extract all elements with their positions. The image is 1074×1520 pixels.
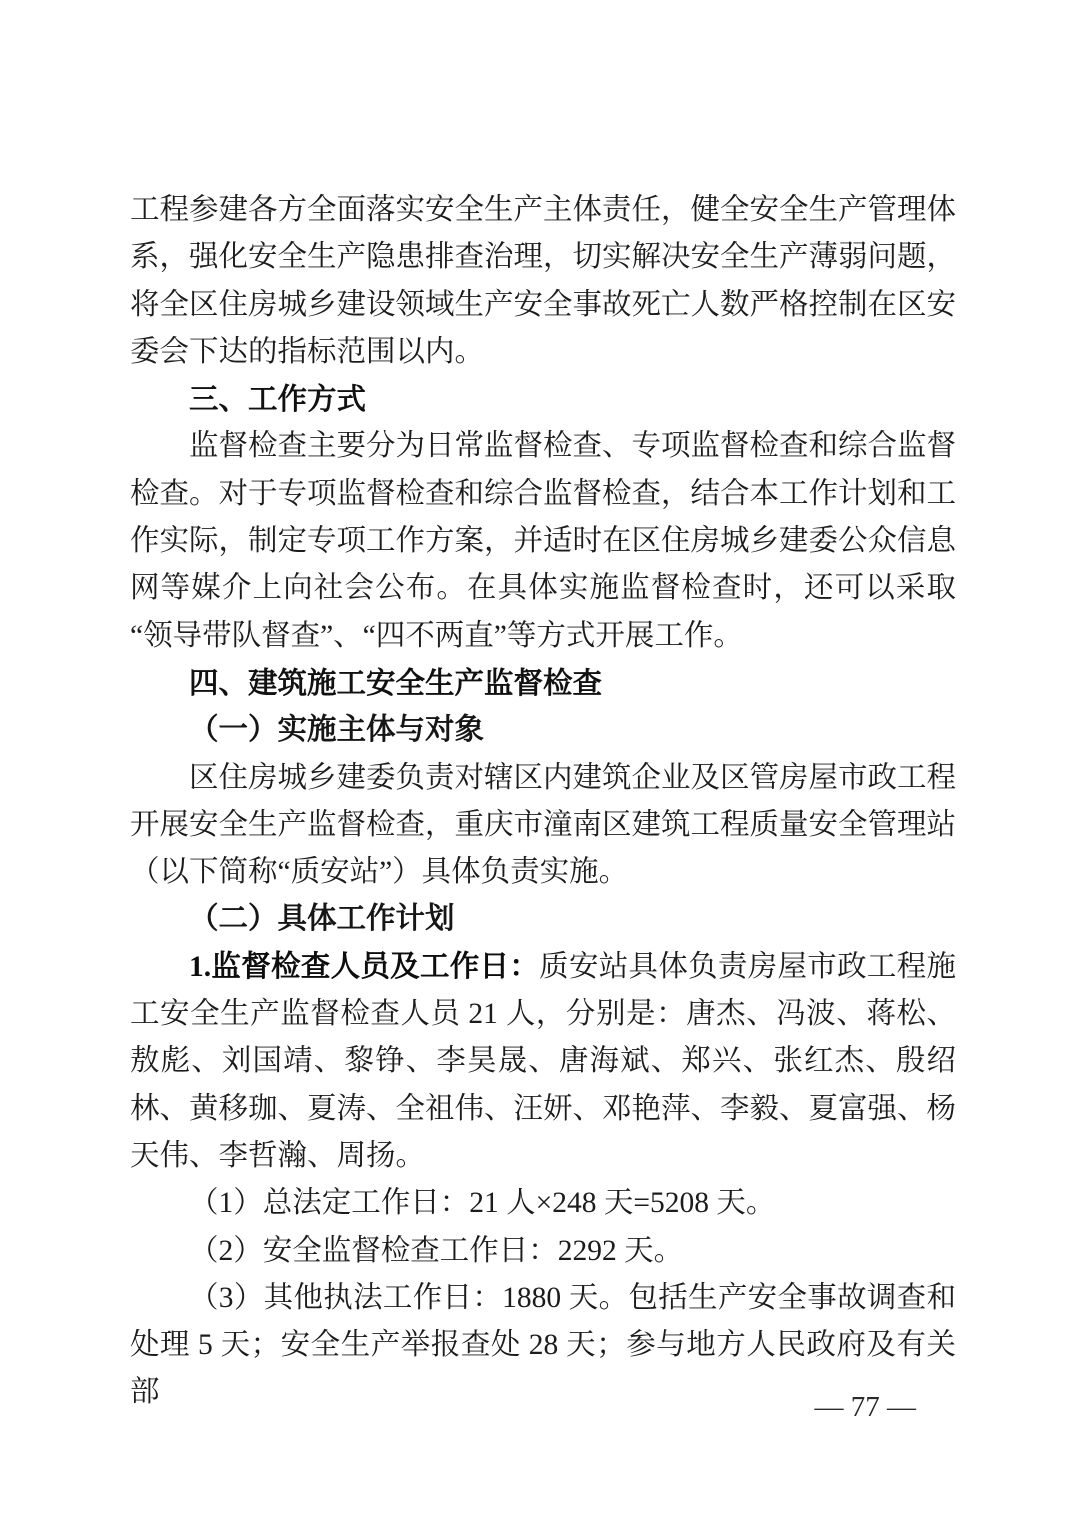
- paragraph-continuation: 工程参建各方全面落实安全生产主体责任，健全安全生产管理体系，强化安全生产隐患排查…: [130, 187, 956, 376]
- paragraph-inspection-workdays: （2）安全监督检查工作日：2292 天。: [130, 1228, 956, 1275]
- paragraph-implementation-subject: 区住房城乡建委负责对辖区内建筑企业及区管房屋市政工程开展安全生产监督检查，重庆市…: [130, 755, 956, 897]
- document-page: 工程参建各方全面落实安全生产主体责任，健全安全生产管理体系，强化安全生产隐患排查…: [0, 0, 1074, 1520]
- paragraph-work-method: 监督检查主要分为日常监督检查、专项监督检查和综合监督检查。对于专项监督检查和综合…: [130, 423, 956, 659]
- paragraph-total-workdays: （1）总法定工作日：21 人×248 天=5208 天。: [130, 1180, 956, 1227]
- section-heading-construction-supervision: 四、建筑施工安全生产监督检查: [130, 660, 956, 707]
- subsection-heading-implementation-subject: （一）实施主体与对象: [130, 707, 956, 754]
- section-heading-work-method: 三、工作方式: [130, 376, 956, 423]
- paragraph-personnel-workdays: 1.监督检查人员及工作日：质安站具体负责房屋市政工程施工安全生产监督检查人员 2…: [130, 944, 956, 1180]
- item-body-personnel-list: 质安站具体负责房屋市政工程施工安全生产监督检查人员 21 人，分别是：唐杰、冯波…: [130, 951, 956, 1172]
- page-content: 工程参建各方全面落实安全生产主体责任，健全安全生产管理体系，强化安全生产隐患排查…: [130, 187, 956, 1417]
- subsection-heading-work-plan: （二）具体工作计划: [130, 896, 956, 943]
- page-number: — 77 —: [815, 1390, 917, 1424]
- item-title-personnel-workdays: 1.监督检查人员及工作日：: [189, 951, 539, 983]
